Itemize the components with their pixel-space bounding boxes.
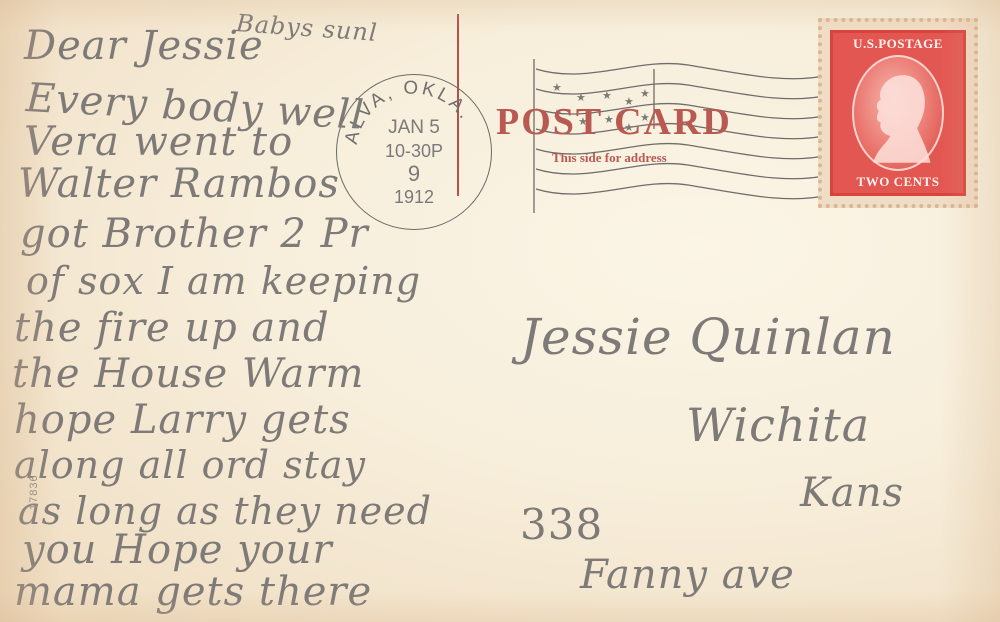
message-line: the fire up and <box>14 308 330 348</box>
recipient-state: Kans <box>800 470 904 516</box>
postcard-title: POST CARD <box>496 100 732 144</box>
message-line: got Brother 2 Pr <box>20 214 369 254</box>
postage-stamp: U.S.POSTAGE TWO CENTS <box>818 18 978 208</box>
message-line: Vera went to <box>24 122 293 162</box>
message-line: the House Warm <box>12 354 364 394</box>
message-line: of sox I am keeping <box>26 262 421 300</box>
message-line: along all ord stay <box>14 446 366 484</box>
stamp-portrait-icon <box>852 55 944 171</box>
postmark-year: 1912 <box>337 187 491 208</box>
message-line: mama gets there <box>14 572 372 612</box>
message-line: Walter Rambos <box>18 164 340 204</box>
stamp-top-label: U.S.POSTAGE <box>853 36 943 52</box>
message-line: you Hope your <box>22 530 333 570</box>
stamp-bottom-label: TWO CENTS <box>857 174 940 190</box>
svg-text:★: ★ <box>552 81 562 94</box>
message-line: as long as they need <box>18 492 432 530</box>
message-line: Dear Jessie <box>24 26 264 66</box>
address-side-label: This side for address <box>552 150 667 166</box>
recipient-city: Wichita <box>686 398 870 452</box>
postmark-time: 10-30P <box>337 141 491 162</box>
recipient-name: Jessie Quinlan <box>520 308 896 366</box>
svg-text:★: ★ <box>640 87 650 100</box>
printer-number: 17836 <box>28 474 40 510</box>
message-line: hope Larry gets <box>14 400 351 440</box>
recipient-street: Fanny ave <box>580 552 795 598</box>
recipient-street-number: 338 <box>520 500 603 549</box>
postmark-number: 9 <box>337 161 491 187</box>
postcard: ★★★ ★★ ★★★ ★★ POST CARD This side for ad… <box>0 0 1000 622</box>
